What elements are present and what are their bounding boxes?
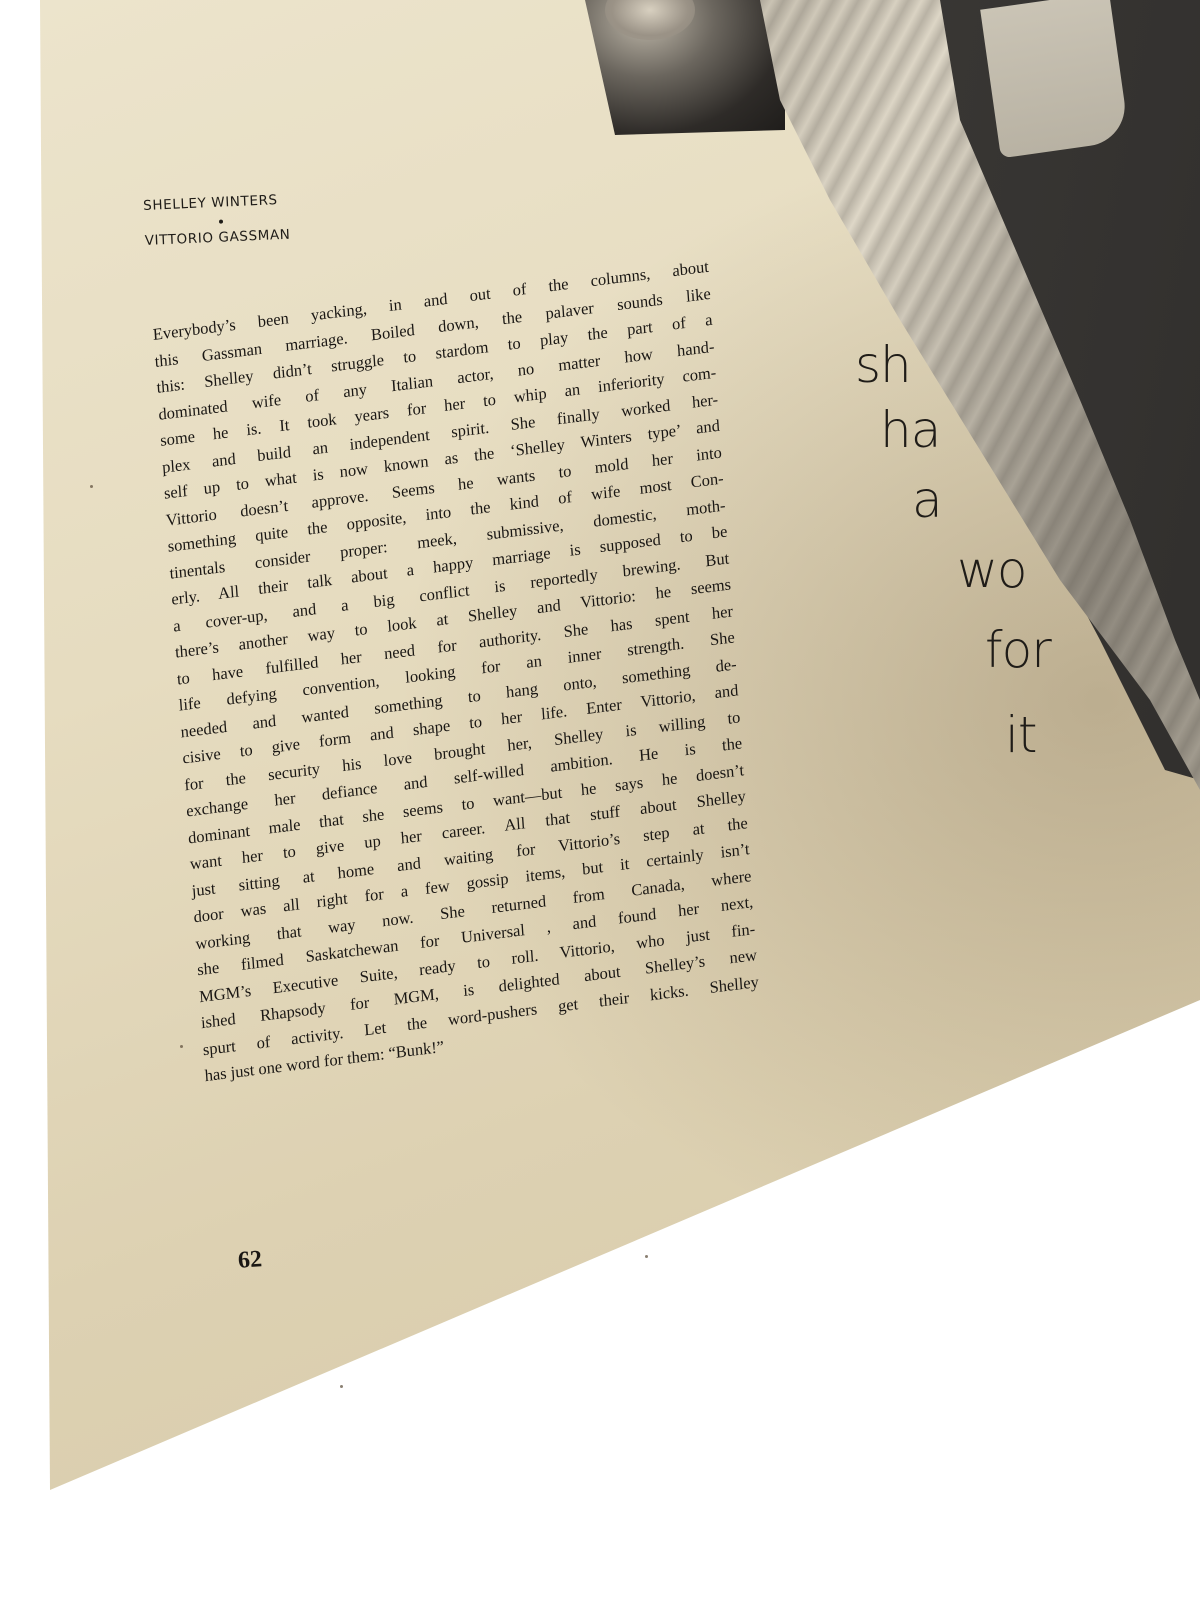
headline-fragment: for [985, 625, 1051, 675]
byline-name-1: SHELLEY WINTERS [143, 194, 289, 214]
curled-page-highlight [980, 0, 1130, 158]
byline: SHELLEY WINTERS VITTORIO GASSMAN [143, 194, 291, 248]
paper-speck [90, 485, 93, 488]
article-body: Everybody’s been yacking, in and out of … [152, 254, 762, 1090]
magazine-photo-scene: SHELLEY WINTERS VITTORIO GASSMAN Everybo… [0, 0, 1200, 1600]
paper-speck [645, 1255, 648, 1258]
page-number: 62 [237, 1246, 263, 1275]
paper-speck [340, 1385, 343, 1388]
byline-separator-dot-icon [219, 219, 223, 223]
headline-fragment: wo [957, 545, 1026, 595]
headline-fragment: sh [855, 340, 911, 390]
headline-fragment: a [912, 475, 942, 525]
top-photo-fragment [585, 0, 785, 135]
headline-fragment: ha [880, 405, 940, 455]
photo-face [605, 0, 695, 40]
paper-speck [180, 1045, 183, 1048]
headline-fragment: it [1005, 710, 1037, 760]
